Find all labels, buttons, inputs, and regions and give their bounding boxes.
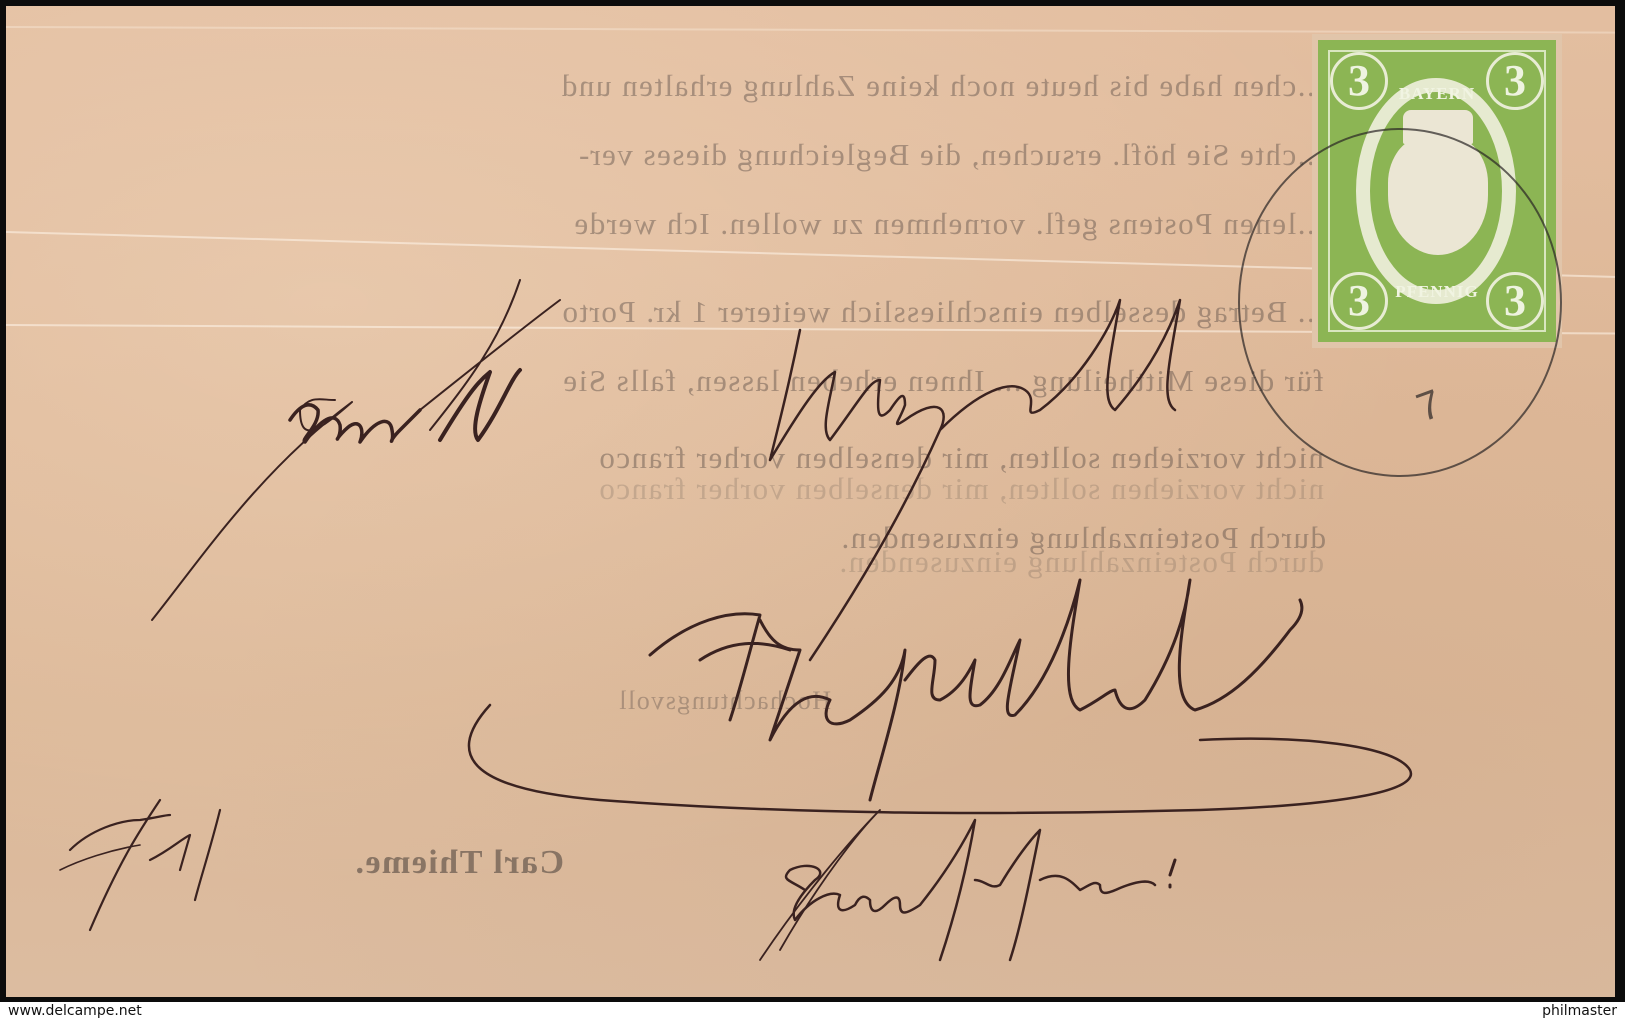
right-edge-shadow xyxy=(1615,0,1625,1002)
footer-right-watermark: philmaster xyxy=(1542,1003,1617,1019)
footer-left-watermark: www.delcampe.net xyxy=(8,1003,142,1019)
handwriting-ink xyxy=(0,0,1625,1002)
watermark-footer: www.delcampe.net philmaster xyxy=(0,1002,1625,1025)
